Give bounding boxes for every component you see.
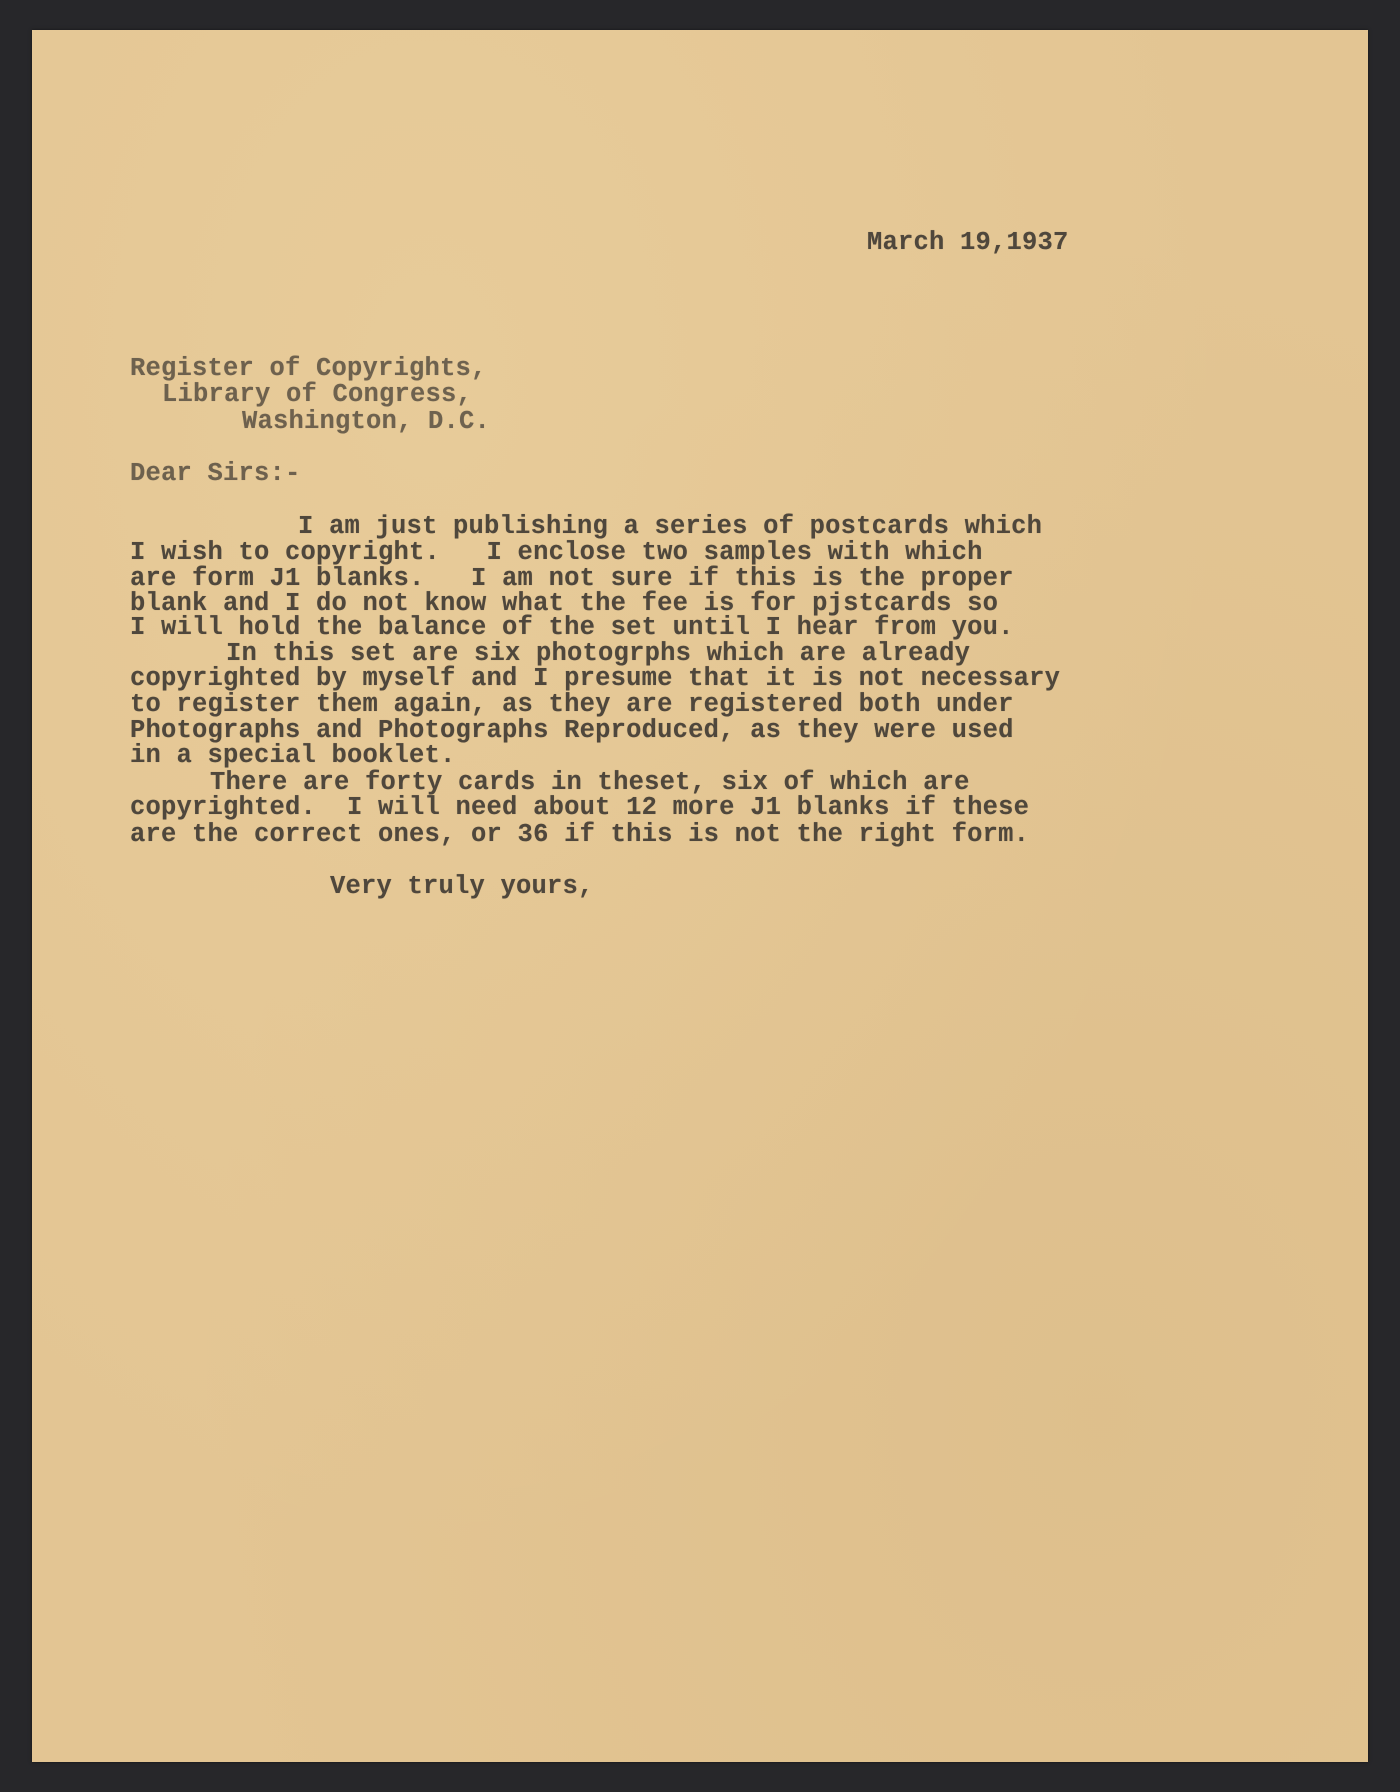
recipient-line-1: Register of Copyrights, (130, 356, 487, 382)
body-line: I wish to copyright. I enclose two sampl… (130, 540, 983, 566)
body-line: in a special booklet. (130, 743, 456, 769)
salutation: Dear Sirs:- (130, 461, 301, 487)
recipient-line-2: Library of Congress, (162, 382, 472, 408)
body-line: to register them again, as they are regi… (130, 692, 1014, 718)
closing: Very truly yours, (330, 874, 594, 900)
body-line: are the correct ones, or 36 if this is n… (130, 822, 1029, 848)
body-line: I am just publishing a series of postcar… (298, 514, 1042, 540)
body-line: copyrighted. I will need about 12 more J… (130, 795, 1029, 821)
body-line: copyrighted by myself and I presume that… (130, 666, 1060, 692)
letter-date: March 19,1937 (867, 230, 1069, 256)
body-line: I will hold the balance of the set until… (130, 615, 1014, 641)
recipient-line-3: Washington, D.C. (242, 409, 490, 435)
letter-page: March 19,1937 Register of Copyrights, Li… (32, 30, 1368, 1762)
